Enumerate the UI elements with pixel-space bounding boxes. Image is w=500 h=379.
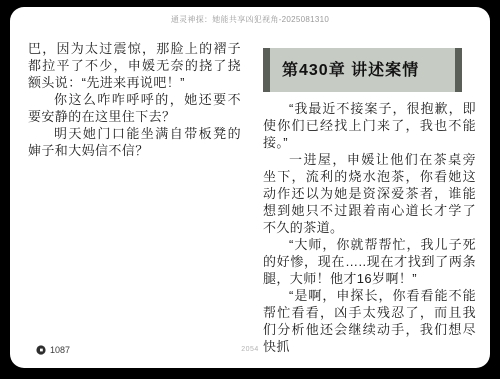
right-text-column: 第430章 讲述案情 “我最近不接案子，很抱歉，即使你们已经找上门来了，我也不能… — [263, 40, 476, 355]
paragraph: 你这么咋咋呼呼的，她还要不要安静的在这里住下去？ — [28, 91, 241, 125]
device-bezel: 通灵神探：她能共享凶犯视角-2025081310 巴，因为太过震惊，那脸上的褶子… — [0, 0, 500, 379]
page-number: 2054 — [10, 346, 490, 353]
paragraph: 巴，因为太过震惊，那脸上的褶子都拉平了不少，申媛无奈的挠了挠额头说：“先进来再说… — [28, 40, 241, 91]
book-title: 通灵神探：她能共享凶犯视角-2025081310 — [10, 14, 490, 25]
chapter-title: 第430章 讲述案情 — [263, 48, 462, 92]
page-content: 巴，因为太过震惊，那脸上的褶子都拉平了不少，申媛无奈的挠了挠额头说：“先进来再说… — [28, 40, 476, 355]
paragraph: “是啊，申探长，你看看能不能帮忙看看，凶手太残忍了，而且我们分析他还会继续动手，… — [263, 287, 476, 355]
paragraph: “我最近不接案子，很抱歉，即使你们已经找上门来了，我也不能接。” — [263, 100, 476, 151]
paragraph: 一进屋，申媛让他们在茶桌旁坐下，流利的烧水泡茶，你看她这动作还以为她是资深爱茶者… — [263, 151, 476, 236]
paragraph: “大师，你就帮帮忙，我儿子死的好惨，现在…..现在才找到了两条腿，大师！他才16… — [263, 236, 476, 287]
reader-page-surface[interactable]: 通灵神探：她能共享凶犯视角-2025081310 巴，因为太过震惊，那脸上的褶子… — [10, 7, 490, 368]
left-text-column: 巴，因为太过震惊，那脸上的褶子都拉平了不少，申媛无奈的挠了挠额头说：“先进来再说… — [28, 40, 241, 355]
paragraph: 明天她门口能坐满自带板凳的婶子和大妈信不信？ — [28, 125, 241, 159]
